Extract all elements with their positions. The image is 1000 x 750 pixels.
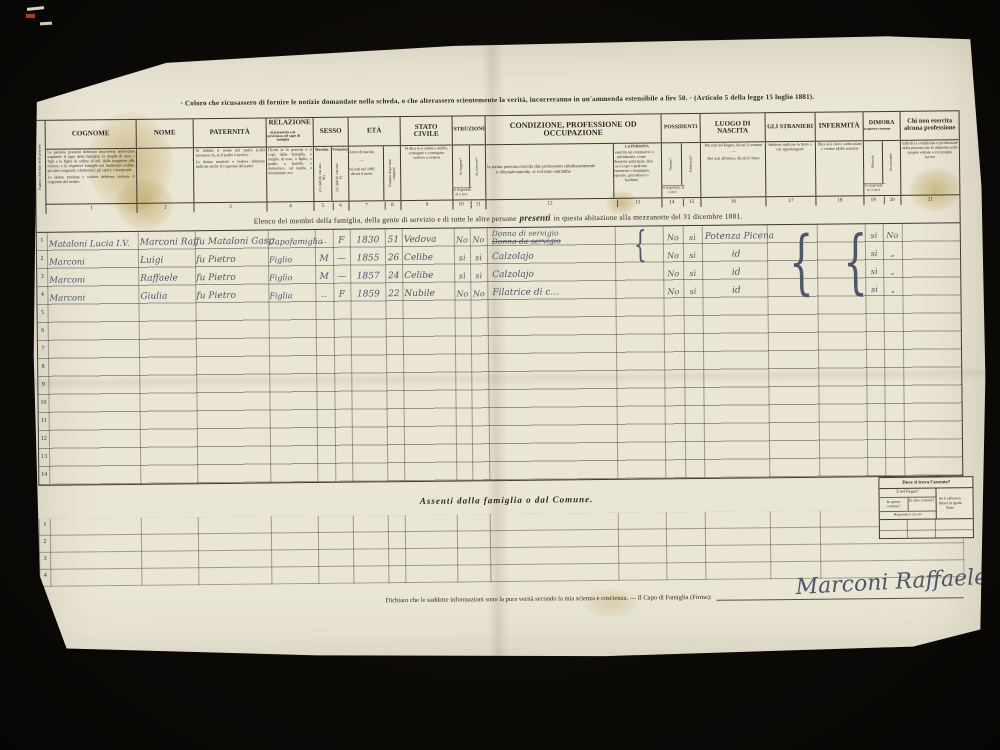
- row-number: 8: [38, 364, 48, 370]
- cell-terreni: No: [663, 270, 683, 278]
- cell-terreni: No: [663, 288, 683, 296]
- table-rows: 1 Mataloni Lucia I.V. Marconi Raf. fu Ma…: [37, 223, 963, 485]
- col-num: 18: [820, 197, 860, 205]
- cell-dimora-occasionale: „: [883, 286, 902, 294]
- row-number: 1: [37, 238, 47, 244]
- absent-box-altro: In altro comune?: [908, 499, 935, 503]
- cell-maschio: M: [315, 273, 333, 282]
- cell-sa-scrivere: No: [470, 290, 487, 298]
- col-due-professioni: Quando la stessa persona esercita due pr…: [486, 144, 615, 199]
- col-num: 9: [405, 201, 448, 209]
- col-nome: NOME 2: [137, 119, 195, 213]
- cell-sa-leggere: sì: [454, 254, 470, 262]
- col-subtitle: in questo comune: [864, 127, 893, 131]
- cell-sa-leggere: No: [454, 236, 470, 244]
- cell-anni: 26: [385, 254, 402, 263]
- col-anni-compiuti: Numero degli anni compiuti: [384, 146, 401, 200]
- row-number: 4: [40, 573, 50, 579]
- col-note: (Si risponda: sì o no): [662, 185, 685, 193]
- col-num: 16: [706, 198, 760, 206]
- row-number: 5: [38, 310, 48, 316]
- col-sa-scrivere: Sa scrivere?: [469, 145, 485, 187]
- cell-nome: Marconi Raf.: [140, 238, 199, 248]
- row-number: 12: [39, 436, 49, 442]
- row-number: 7: [38, 346, 48, 352]
- row-number: 13: [39, 454, 49, 460]
- handwritten-brace: {: [789, 227, 814, 297]
- cell-sa-scrivere: sì: [470, 254, 487, 262]
- cell-anno-nascita: 1855: [352, 254, 384, 263]
- col-subtitle: di parentela o di convivenza col capo di…: [267, 130, 305, 141]
- cell-maschio: ‥: [315, 291, 333, 300]
- col-note: (Si indichi con una M): [318, 162, 326, 191]
- cell-relazione: Figlio: [269, 274, 292, 282]
- absent-box-estero: Se è all'estero dicasi in quale Stato: [936, 496, 965, 510]
- cell-cognome: Mataloni Lucia I.V.: [49, 239, 130, 248]
- cell-dimora-occasionale: No: [883, 232, 902, 240]
- cell-maschio: M: [315, 255, 333, 264]
- col-title: DIMORA: [869, 120, 895, 127]
- cell-dimora-abituale: sì: [865, 286, 883, 294]
- absent-where-box: Dove si trova l'assente? È nel Regno? In…: [878, 476, 974, 539]
- col-desc: Le persone presenti debbono inscriversi …: [47, 150, 134, 186]
- declaration-text: Dichiaro che le suddette informazioni so…: [386, 594, 712, 604]
- cell-luogo-nascita: id: [705, 250, 767, 260]
- row-number: 14: [39, 472, 49, 478]
- row-number: 3: [37, 274, 47, 280]
- col-title: COGNOME: [46, 120, 136, 150]
- col-desc: Dica se è cieco, sordo-muto o cretino (d…: [817, 142, 862, 152]
- cell-fabbricati: sì: [683, 288, 702, 296]
- col-title: STATO CIVILE: [401, 117, 452, 147]
- col-la-persona: LA PERSONA che esercita un commercio o u…: [614, 143, 662, 197]
- cell-condizione: Calzolajo: [492, 253, 534, 262]
- col-num: 2: [142, 204, 190, 212]
- cell-sa-leggere: No: [454, 290, 470, 298]
- cell-cognome: Marconi: [49, 294, 85, 303]
- col-possidenti: POSSIDENTI Terreni? Fabbricati? (Si risp…: [662, 114, 702, 207]
- cell-femmina: —: [333, 273, 350, 282]
- cell-condizione: Filatrice di c…: [492, 288, 559, 298]
- cell-anno-nascita: 1830: [352, 236, 384, 245]
- col-anno-nascita: Anno di nascita—Pei nati nel 1881 dicesi…: [349, 146, 385, 200]
- col-occasionale: Occasionale: [882, 141, 900, 183]
- col-num: 3: [200, 203, 261, 211]
- col-condizione: CONDIZIONE, PROFESSIONE OD OCCUPAZIONE Q…: [486, 114, 663, 209]
- census-sheet: · Coloro che ricusassero di fornire le n…: [22, 29, 991, 671]
- row-number: 1: [40, 522, 50, 528]
- table-header: Numero d'ordine delle persone COGNOME Le…: [36, 111, 960, 214]
- col-desc: indichi la condizione o professione dell…: [902, 141, 958, 160]
- cell-femmina: F: [333, 291, 350, 300]
- cell-sa-leggere: sì: [454, 272, 470, 280]
- row-number: 11: [39, 418, 49, 424]
- col-title: GLI STRANIERI: [766, 113, 815, 143]
- col-title: ETÀ: [349, 117, 400, 147]
- col-title: SESSO: [314, 118, 348, 147]
- col-title: Chi non esercita alcuna professione: [901, 111, 959, 141]
- col-desc: debbono indicare lo Stato a cui apparten…: [767, 143, 814, 153]
- cell-nome: Luigi: [140, 257, 163, 266]
- col-desc: Si indichi il nome del padre (colla prem…: [195, 149, 265, 170]
- handwritten-brace: {: [843, 226, 868, 296]
- cell-sa-scrivere: sì: [470, 272, 487, 280]
- cell-fabbricati: sì: [683, 252, 702, 260]
- cell-stato-civile: Nubile: [404, 290, 435, 299]
- col-title: CONDIZIONE, PROFESSIONE OD OCCUPAZIONE: [486, 114, 661, 145]
- col-non-esercita: Chi non esercita alcuna professione indi…: [901, 111, 960, 205]
- absent-box-nota: Rispondere: sì o no: [894, 513, 922, 517]
- col-num: 1: [53, 205, 130, 213]
- cell-dimora-occasionale: „: [883, 250, 902, 258]
- cell-anno-nascita: 1857: [352, 272, 384, 281]
- cell-paternita: fu Pietro: [196, 274, 236, 283]
- col-numero-label: Numero d'ordine delle persone: [38, 139, 43, 197]
- cell-stato-civile: Celibe: [404, 272, 433, 281]
- col-relazione: RELAZIONE di parentela o di convivenza c…: [267, 118, 315, 211]
- col-title: POSSIDENTI: [662, 114, 700, 143]
- col-istruzione: ISTRUZIONE Sa leggere? Sa scrivere? (Si …: [453, 116, 487, 209]
- cell-stato-civile: Celibe: [404, 254, 433, 263]
- col-title: PATERNITÀ: [194, 119, 266, 149]
- cell-maschio: ‥: [315, 237, 333, 246]
- col-sesso: SESSO Maschio (Si indichi con una M) Fem…: [314, 118, 350, 211]
- row-number: 10: [38, 400, 48, 406]
- cell-anni: 22: [385, 290, 402, 299]
- col-title: ISTRUZIONE: [453, 116, 485, 145]
- col-fabbricati: Fabbricati?: [681, 143, 700, 185]
- col-infermita: INFERMITÀ Dica se è cieco, sordo-muto o …: [816, 112, 865, 205]
- row-number: 2: [40, 539, 50, 545]
- cell-sa-scrivere: No: [470, 236, 487, 244]
- col-sesso-f: Femmina (Si indichi con una F): [331, 147, 348, 201]
- cell-nome: Giulia: [140, 293, 167, 302]
- col-desc: Dei nati nel Regno, dicasi il comune—Dei…: [702, 143, 764, 162]
- cell-nome: Raffaele: [140, 274, 178, 283]
- legal-notice: · Coloro che ricusassero di fornire le n…: [117, 92, 877, 108]
- cell-cognome: Marconi: [49, 258, 85, 267]
- col-stato-civile: STATO CIVILE Si dica se è celibe o nubil…: [401, 117, 454, 211]
- cell-cognome: Marconi: [49, 276, 85, 285]
- cell-relazione: Figlio: [269, 256, 292, 264]
- cell-dimora-abituale: sì: [865, 232, 883, 240]
- col-note: (Si risponda: sì, o no): [864, 183, 885, 191]
- census-table: Numero d'ordine delle persone COGNOME Le…: [35, 110, 964, 486]
- row-number: 4: [37, 292, 47, 298]
- photo-backdrop: · Coloro che ricusassero di fornire le n…: [0, 0, 1000, 750]
- handwritten-brace: {: [634, 228, 647, 264]
- cell-condizione: Donna di servigio Donna da servigio: [492, 229, 561, 246]
- row-number: 2: [37, 256, 47, 262]
- col-num: 4: [271, 203, 310, 211]
- col-terreni: Terreni?: [662, 143, 682, 185]
- absent-box-title: Dove si trova l'assente?: [902, 480, 950, 485]
- col-paternita: PATERNITÀ Si indichi il nome del padre (…: [194, 118, 268, 212]
- col-title: RELAZIONE: [269, 119, 311, 127]
- col-dimora: DIMORA in questo comune Abituale Occasio…: [864, 112, 902, 205]
- cell-dimora-abituale: sì: [865, 268, 883, 276]
- col-luogo-nascita: LUOGO DI NASCITA Dei nati nel Regno, dic…: [701, 113, 767, 207]
- row-number: 6: [38, 328, 48, 334]
- col-desc: Dicasi se la persona è il capo della fam…: [268, 148, 312, 176]
- col-note: (Si indichi con una F): [336, 162, 344, 191]
- col-sesso-m: Maschio (Si indichi con una M): [314, 147, 332, 201]
- cell-fabbricati: sì: [683, 270, 702, 278]
- cell-luogo-nascita: Potenza Picena: [705, 232, 767, 242]
- cell-stato-civile: Vedova: [404, 236, 437, 245]
- cell-anni: 24: [385, 272, 402, 281]
- cell-condizione: Calzolajo: [492, 271, 534, 280]
- col-desc: Si dica se è celibe o nubile, coniugato …: [402, 147, 451, 162]
- absent-section-title: Assenti dalla famiglia o dal Comune.: [327, 493, 687, 507]
- subtitle-emphasis: presenti: [520, 213, 551, 223]
- row-number: 9: [38, 382, 48, 388]
- col-sa-leggere: Sa leggere?: [453, 145, 470, 187]
- cell-paternita: fu Mataloni Gasp.: [196, 237, 277, 247]
- cell-relazione: Figlia: [269, 292, 292, 300]
- col-num: 21: [906, 196, 955, 204]
- cell-paternita: fu Pietro: [196, 256, 236, 265]
- cell-dimora-abituale: sì: [865, 250, 883, 258]
- absent-box-questo: In questo comune?: [880, 500, 907, 508]
- col-title: NOME: [137, 119, 193, 149]
- col-title: LUOGO DI NASCITA: [701, 113, 765, 143]
- cell-luogo-nascita: id: [705, 268, 767, 278]
- col-cognome: COGNOME Le persone presenti debbono insc…: [46, 120, 138, 214]
- cell-fabbricati: sì: [683, 234, 702, 242]
- paper-stain: [582, 588, 638, 619]
- absent-box-regno: È nel Regno?: [896, 490, 919, 494]
- col-num: 17: [770, 197, 812, 205]
- cell-femmina: F: [333, 237, 350, 246]
- cell-paternita: fu Pietro: [196, 292, 236, 301]
- cell-terreni: No: [663, 252, 683, 260]
- cell-terreni: No: [663, 234, 683, 242]
- cell-femmina: —: [333, 255, 350, 264]
- col-note: (Si risponda: sì o no): [453, 187, 472, 195]
- col-abituale: Abituale: [864, 141, 883, 183]
- row-number: 3: [40, 556, 50, 562]
- col-eta: ETÀ Anno di nascita—Pei nati nel 1881 di…: [349, 117, 402, 211]
- cell-luogo-nascita: id: [705, 286, 767, 296]
- absent-box-grid: [880, 519, 973, 538]
- col-stranieri: GLI STRANIERI debbono indicare lo Stato …: [766, 113, 817, 207]
- cell-anno-nascita: 1859: [352, 290, 384, 299]
- col-title: INFERMITÀ: [816, 112, 863, 141]
- cell-dimora-occasionale: „: [883, 268, 902, 276]
- cell-anni: 51: [385, 236, 402, 245]
